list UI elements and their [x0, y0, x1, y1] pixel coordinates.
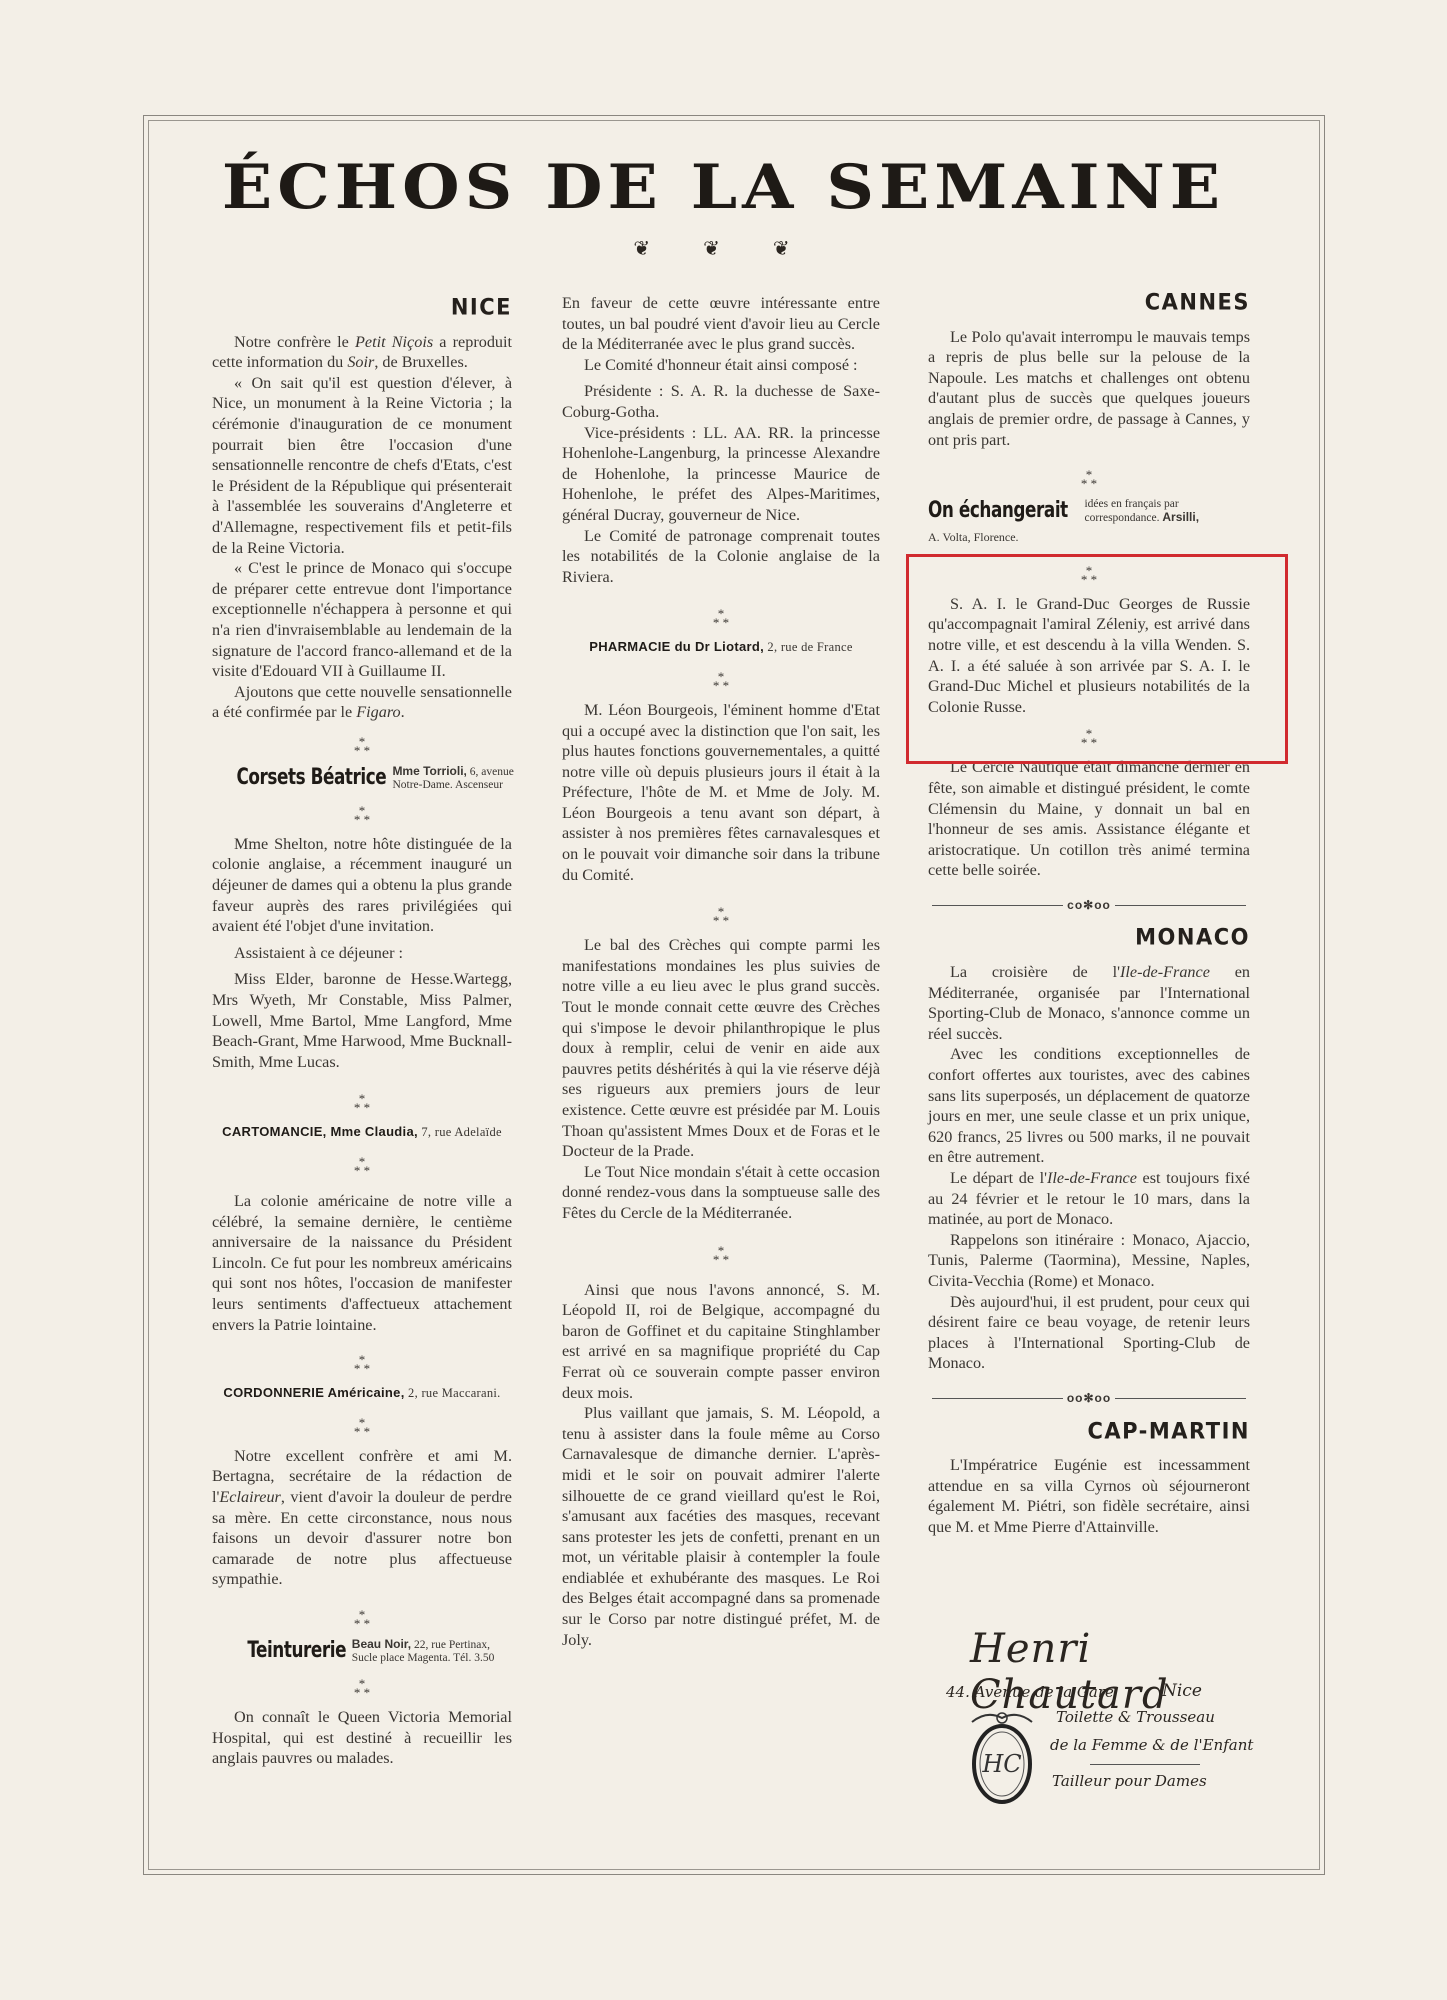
ad-cartomancie: CARTOMANCIE, Mme Claudia, 7, rue Adelaïd… — [212, 1122, 512, 1143]
paragraph: Le Comité d'honneur était ainsi composé … — [562, 355, 880, 376]
highlight-box — [906, 554, 1288, 764]
paragraph: « On sait qu'il est question d'élever, à… — [212, 373, 512, 558]
asterism-icon: ** * — [212, 1610, 512, 1628]
asterism-icon: ** * — [212, 1418, 512, 1436]
ad-line: Toilette & Trousseau — [1056, 1708, 1215, 1726]
section-title-nice: NICE — [212, 296, 512, 318]
right-column: CANNES Le Polo qu'avait interrompu le ma… — [928, 288, 1250, 1538]
ad-line: Tailleur pour Dames — [1052, 1772, 1207, 1790]
paragraph: « C'est le prince de Monaco qui s'occupe… — [212, 558, 512, 682]
ad-pharmacie: PHARMACIE du Dr Liotard, 2, rue de Franc… — [562, 637, 880, 658]
fleuron-ornaments-icon: ❦ ❦ ❦ — [0, 236, 1447, 261]
paragraph: En faveur de cette œuvre intéressante en… — [562, 293, 880, 355]
paragraph: M. Léon Bourgeois, l'éminent homme d'Eta… — [562, 700, 880, 885]
ornamental-divider: oo✻oo — [928, 1388, 1250, 1409]
ornamental-divider: co✻oo — [928, 895, 1250, 916]
paragraph: Miss Elder, baronne de Hesse.Wartegg, Mr… — [212, 969, 512, 1072]
paragraph: Avec les conditions exceptionnelles de c… — [928, 1044, 1250, 1168]
monogram-crest-icon: HC — [962, 1708, 1042, 1808]
paragraph: Dès aujourd'hui, il est prudent, pour ce… — [928, 1292, 1250, 1374]
ad-address: 44. Avenue de la Gare — [946, 1683, 1114, 1701]
asterism-icon: ** * — [928, 470, 1250, 488]
asterism-icon: ** * — [212, 1157, 512, 1175]
paragraph: Ainsi que nous l'avons annoncé, S. M. Lé… — [562, 1280, 880, 1404]
ad-on-echangerait: On échangerait idées en français parcorr… — [928, 498, 1250, 525]
asterism-icon: ** * — [212, 806, 512, 824]
paragraph: Rappelons son itinéraire : Monaco, Ajacc… — [928, 1230, 1250, 1292]
ad-corsets-beatrice: Corsets Béatrice Mme Torrioli, 6, avenue… — [212, 765, 512, 792]
asterism-icon: ** * — [562, 907, 880, 925]
asterism-icon: ** * — [562, 609, 880, 627]
paragraph: Vice-présidents : LL. AA. RR. la princes… — [562, 423, 880, 526]
page-title: ÉCHOS DE LA SEMAINE — [0, 151, 1447, 223]
svg-text:HC: HC — [981, 1750, 1021, 1778]
ad-separator — [1090, 1764, 1200, 1765]
paragraph: Présidente : S. A. R. la duchesse de Sax… — [562, 381, 880, 422]
paragraph: Le Comité de patronage comprenait toutes… — [562, 526, 880, 588]
paragraph: Notre confrère le Petit Niçois a reprodu… — [212, 332, 512, 373]
paragraph: Le bal des Crèches qui compte parmi les … — [562, 935, 880, 1162]
paragraph: Assistaient à ce déjeuner : — [212, 943, 512, 964]
ad-city: Nice — [1162, 1681, 1202, 1701]
paragraph: Le départ de l'Ile-de-France est toujour… — [928, 1168, 1250, 1230]
paragraph: L'Impératrice Eugénie est incessamment a… — [928, 1455, 1250, 1537]
paragraph: La colonie américaine de notre ville a c… — [212, 1191, 512, 1335]
paragraph: On connaît le Queen Victoria Memorial Ho… — [212, 1707, 512, 1769]
asterism-icon: ** * — [562, 1246, 880, 1264]
paragraph: La croisière de l'Ile-de-France en Médit… — [928, 962, 1250, 1044]
ad-line: de la Femme & de l'Enfant — [1050, 1736, 1253, 1754]
paragraph: Le Polo qu'avait interrompu le mauvais t… — [928, 327, 1250, 451]
ad-brand-name: Henri Chautard — [970, 1626, 1280, 1718]
asterism-icon: ** * — [212, 1679, 512, 1697]
paragraph: Le Cercle Nautique était dimanche dernie… — [928, 757, 1250, 881]
asterism-icon: ** * — [212, 737, 512, 755]
paragraph: Mme Shelton, notre hôte distinguée de la… — [212, 834, 512, 937]
paragraph: Plus vaillant que jamais, S. M. Léopold,… — [562, 1403, 880, 1650]
ad-teinturerie: Teinturerie Beau Noir, 22, rue Pertinax,… — [212, 1638, 512, 1665]
paragraph: Le Tout Nice mondain s'était à cette occ… — [562, 1162, 880, 1224]
section-title-cannes: CANNES — [928, 291, 1250, 313]
asterism-icon: ** * — [212, 1094, 512, 1112]
ad-cordonnerie: CORDONNERIE Américaine, 2, rue Maccarani… — [212, 1383, 512, 1404]
ad-address: A. Volta, Florence. — [928, 527, 1250, 548]
middle-column: En faveur de cette œuvre intéressante en… — [562, 293, 880, 1650]
left-column: NICE Notre confrère le Petit Niçois a re… — [212, 293, 512, 1769]
asterism-icon: ** * — [212, 1355, 512, 1373]
section-title-monaco: MONACO — [928, 927, 1250, 949]
paragraph: Ajoutons que cette nouvelle sensationnel… — [212, 682, 512, 723]
asterism-icon: ** * — [562, 672, 880, 690]
section-title-cap-martin: CAP-MARTIN — [928, 1420, 1250, 1442]
ad-henri-chautard: Henri Chautard 44. Avenue de la Gare Nic… — [940, 1626, 1280, 1826]
paragraph: Notre excellent confrère et ami M. Berta… — [212, 1446, 512, 1590]
